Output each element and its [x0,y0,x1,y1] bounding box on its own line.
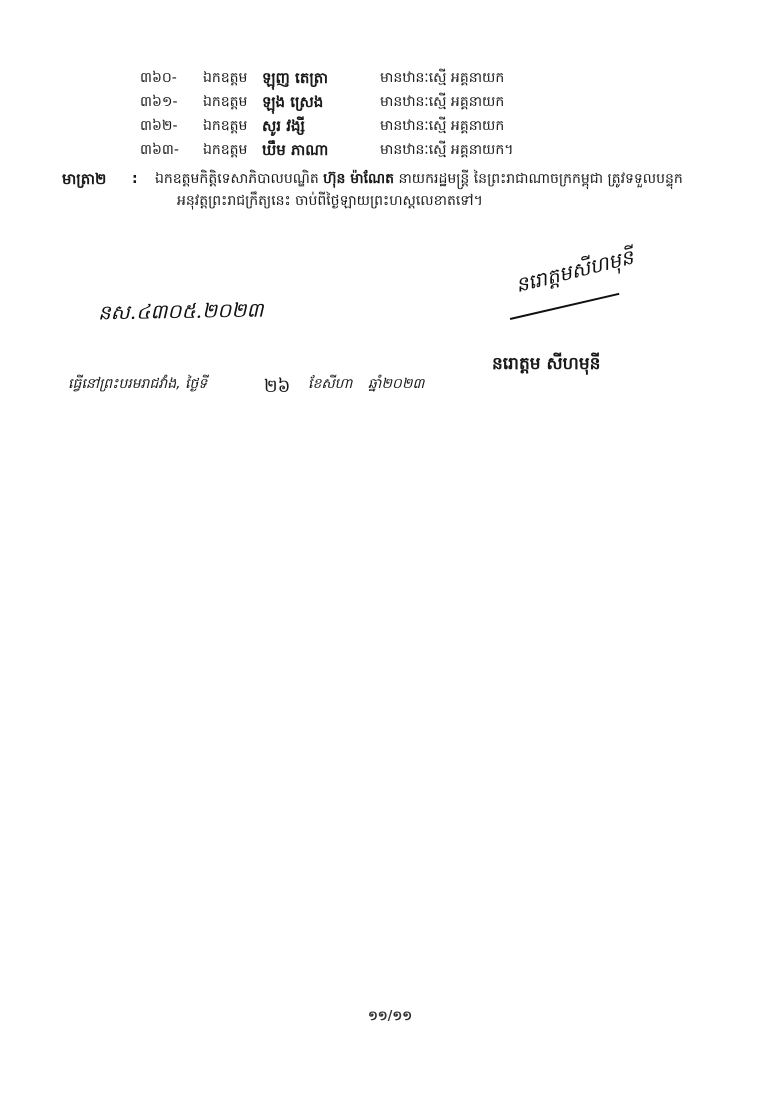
article-text-line-2: អនុវត្តព្រះរាជក្រឹត្យនេះ ចាប់ពីថ្ងៃឡាយព្… [177,190,483,212]
item-title: ឯកឧត្តម [203,91,247,113]
item-name: ឃឹម ភាណា [262,139,328,161]
prime-minister-name: ហ៊ុន ម៉ាណែត [323,171,394,187]
list-item: ៣៦៣- ឯកឧត្តម ឃឹម ភាណា មានឋានៈស្មើ អគ្គនា… [0,139,780,161]
article-text-line-1: ឯកឧត្តមកិត្តិទេសាភិបាលបណ្ឌិត ហ៊ុន ម៉ាណែត… [155,168,683,190]
list-item: ៣៦០- ឯកឧត្តម ឡុញ តេត្រា មានឋានៈស្មើ អគ្គ… [0,67,780,89]
list-item: ៣៦១- ឯកឧត្តម ឡុង ស្រេង មានឋានៈស្មើ អគ្គន… [0,91,780,113]
item-number: ៣៦១- [140,91,178,113]
reference-number: នស.៤៣០៥.២០២៣ [98,297,264,330]
date-place: ធ្វើនៅព្រះបរមរាជវាំង, ថ្ងៃទី [68,374,207,395]
item-rank: មានឋានៈស្មើ អគ្គនាយក [380,115,504,137]
page-number: ១១/១១ [0,1008,780,1027]
item-number: ៣៦០- [140,67,177,89]
item-name: ឡុញ តេត្រា [262,67,328,89]
item-title: ឯកឧត្តម [203,139,247,161]
item-number: ៣៦២- [140,115,178,137]
item-rank: មានឋានៈស្មើ អគ្គនាយក [380,91,504,113]
item-rank: មានឋានៈស្មើ អគ្គនាយក [380,67,504,89]
item-name: សូរ វង្សី [262,115,305,137]
item-title: ឯកឧត្តម [203,67,247,89]
signer-name: នរោត្តម សីហមុនី [492,353,600,378]
item-name: ឡុង ស្រេង [262,91,323,113]
article-colon: : [132,168,138,190]
item-title: ឯកឧត្តម [203,115,247,137]
list-item: ៣៦២- ឯកឧត្តម សូរ វង្សី មានឋានៈស្មើ អគ្គន… [0,115,780,137]
date-day: ២៦ [264,374,290,401]
article-text-suffix: នាយករដ្ឋមន្ត្រី នៃព្រះរាជាណាចក្រកម្ពុជា … [394,171,683,187]
item-number: ៣៦៣- [140,139,179,161]
article-text-prefix: ឯកឧត្តមកិត្តិទេសាភិបាលបណ្ឌិត [155,171,323,187]
article-label: មាត្រា២ [62,168,106,190]
date-month: ខែសីហា [308,374,352,395]
date-year: ឆ្នាំ២០២៣ [368,374,424,395]
document-page: ៣៦០- ឯកឧត្តម ឡុញ តេត្រា មានឋានៈស្មើ អគ្គ… [0,0,780,1103]
item-rank: មានឋានៈស្មើ អគ្គនាយក។ [380,139,513,161]
